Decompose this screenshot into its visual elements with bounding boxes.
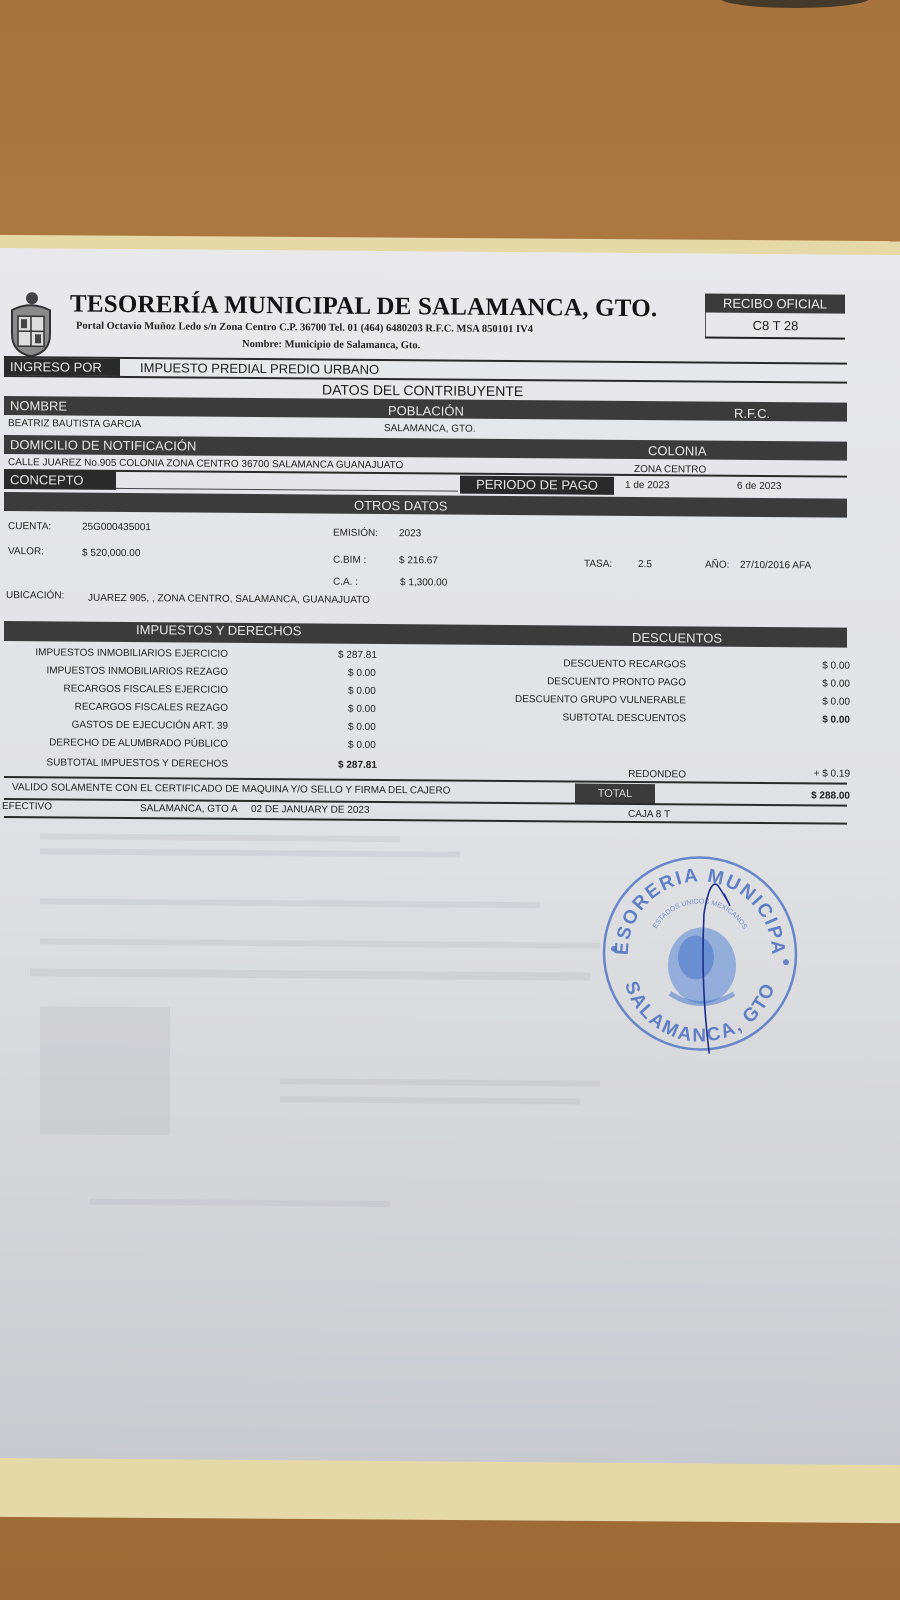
show-through-qr — [40, 1006, 170, 1135]
impuesto-row-label: DERECHO DE ALUMBRADO PÚBLICO — [0, 737, 228, 750]
rfc-label: R.F.C. — [734, 404, 770, 423]
redondeo-label: REDONDEO — [560, 768, 686, 780]
nombre-label: NOMBRE — [10, 396, 67, 415]
descuentos-title: DESCUENTOS — [632, 628, 722, 648]
ingreso-label: INGRESO POR — [4, 358, 120, 376]
receipt-number-box: RECIBO OFICIAL C8 T 28 — [705, 294, 845, 340]
official-seal-stamp: TESORERIA MUNICIPAL SALAMANCA, GTO ESTAD… — [600, 853, 800, 1055]
caja: CAJA 8 T — [628, 809, 670, 820]
impuesto-row-label: IMPUESTOS INMOBILIARIOS EJERCICIO — [0, 647, 228, 660]
impuestos-subtotal: $ 287.81 — [338, 760, 377, 771]
impuesto-row-amount: $ 0.00 — [348, 668, 376, 679]
anio-value: 27/10/2016 AFA — [740, 560, 811, 572]
descuento-row-label: DESCUENTO RECARGOS — [420, 657, 686, 670]
tasa-label: TASA: — [584, 559, 612, 570]
payment-method: EFECTIVO — [2, 801, 52, 812]
validity-note: VALIDO SOLAMENTE CON EL CERTIFICADO DE M… — [12, 782, 450, 796]
impuesto-row-label: RECARGOS FISCALES EJERCICIO — [0, 683, 228, 696]
ca-value: $ 1,300.00 — [400, 577, 447, 588]
domicilio-label: DOMICILIO DE NOTIFICACIÓN — [10, 435, 196, 455]
cuenta-label: CUENTA: — [8, 521, 51, 532]
impuesto-row-amount: $ 0.00 — [348, 740, 376, 751]
show-through-text — [280, 1096, 580, 1104]
receipt-number: C8 T 28 — [705, 313, 845, 340]
coat-of-arms-icon — [4, 290, 58, 358]
poblacion-label: POBLACIÓN — [388, 401, 464, 421]
total-amount: $ 288.00 — [760, 790, 850, 802]
descuentos-subtotal-label: SUBTOTAL DESCUENTOS — [420, 711, 686, 724]
show-through-text — [40, 848, 460, 857]
show-through-text — [40, 898, 540, 908]
impuesto-row-label: GASTOS DE EJECUCIÓN ART. 39 — [0, 719, 228, 732]
concepto-value — [116, 471, 458, 492]
valor-label: VALOR: — [8, 546, 44, 557]
divider — [4, 816, 847, 824]
impuestos-subtotal-label: SUBTOTAL IMPUESTOS Y DERECHOS — [0, 757, 228, 770]
receipt-paper: TESORERÍA MUNICIPAL DE SALAMANCA, GTO. P… — [0, 248, 900, 1465]
impuesto-row-amount: $ 287.81 — [338, 650, 377, 661]
place-date: SALAMANCA, GTO A 02 DE JANUARY DE 2023 — [140, 803, 370, 816]
contribuyente-section-title: DATOS DEL CONTRIBUYENTE — [322, 382, 523, 400]
concepto-label: CONCEPTO — [4, 470, 116, 490]
show-through-text — [90, 1199, 390, 1207]
issuer-name-line: Nombre: Municipio de Salamanca, Gto. — [242, 339, 420, 351]
nombre-header-bar: NOMBRE POBLACIÓN R.F.C. — [4, 396, 847, 422]
contribuyente-nombre: BEATRIZ BAUTISTA GARCIA — [8, 418, 141, 430]
redondeo-value: + $ 0.19 — [760, 768, 850, 780]
ca-label: C.A. : — [333, 577, 358, 588]
impuesto-row-label: IMPUESTOS INMOBILIARIOS REZAGO — [0, 665, 228, 678]
receipt-label: RECIBO OFICIAL — [705, 294, 845, 314]
impuesto-row-amount: $ 0.00 — [348, 704, 376, 715]
issuer-address: Portal Octavio Muñoz Ledo s/n Zona Centr… — [76, 321, 533, 336]
otros-datos-title: OTROS DATOS — [354, 496, 447, 516]
emision-value: 2023 — [399, 528, 421, 539]
impuesto-row-amount: $ 0.00 — [348, 686, 376, 697]
impuesto-row-label: RECARGOS FISCALES REZAGO — [0, 701, 228, 714]
otros-datos-bar: OTROS DATOS — [4, 492, 847, 518]
issuer-title: TESORERÍA MUNICIPAL DE SALAMANCA, GTO. — [70, 291, 657, 324]
ubicacion-value: JUAREZ 905, , ZONA CENTRO, SALAMANCA, GU… — [88, 593, 370, 606]
impuesto-row-amount: $ 0.00 — [348, 722, 376, 733]
impuestos-descuentos-bar: IMPUESTOS Y DERECHOS DESCUENTOS — [4, 621, 847, 648]
ingreso-value: IMPUESTO PREDIAL PREDIO URBANO — [140, 360, 379, 377]
emision-label: EMISIÓN: — [333, 528, 378, 539]
impuestos-title: IMPUESTOS Y DERECHOS — [136, 620, 301, 640]
domicilio-header-bar: DOMICILIO DE NOTIFICACIÓN COLONIA — [4, 435, 847, 461]
ubicacion-label: UBICACIÓN: — [6, 590, 64, 601]
show-through-text — [40, 938, 600, 948]
descuento-row-label: DESCUENTO GRUPO VULNERABLE — [420, 693, 686, 706]
show-through-text — [30, 968, 590, 980]
desk-object — [720, 0, 870, 8]
periodo-hasta: 6 de 2023 — [737, 481, 782, 492]
tasa-value: 2.5 — [638, 559, 652, 570]
divider — [4, 798, 847, 806]
colonia-label: COLONIA — [648, 441, 707, 460]
divider — [4, 356, 847, 365]
descuento-row-amount: $ 0.00 — [760, 678, 850, 690]
descuento-row-amount: $ 0.00 — [760, 660, 850, 672]
periodo-desde: 1 de 2023 — [625, 480, 670, 491]
cbim-label: C.BIM : — [333, 555, 366, 566]
periodo-label: PERIODO DE PAGO — [460, 476, 614, 495]
svg-text:ESTADOS UNIDOS MEXICANOS: ESTADOS UNIDOS MEXICANOS — [652, 898, 748, 931]
show-through-text — [40, 833, 400, 842]
descuentos-subtotal: $ 0.00 — [760, 714, 850, 726]
valor-value: $ 520,000.00 — [82, 548, 140, 559]
descuento-row-amount: $ 0.00 — [760, 696, 850, 708]
cuenta-value: 25G000435001 — [82, 522, 151, 534]
contribuyente-poblacion: SALAMANCA, GTO. — [384, 423, 476, 435]
cbim-value: $ 216.67 — [399, 555, 438, 566]
anio-label: AÑO: — [705, 560, 729, 571]
descuento-row-label: DESCUENTO PRONTO PAGO — [420, 675, 686, 688]
total-label: TOTAL — [575, 784, 655, 805]
show-through-text — [280, 1078, 600, 1087]
